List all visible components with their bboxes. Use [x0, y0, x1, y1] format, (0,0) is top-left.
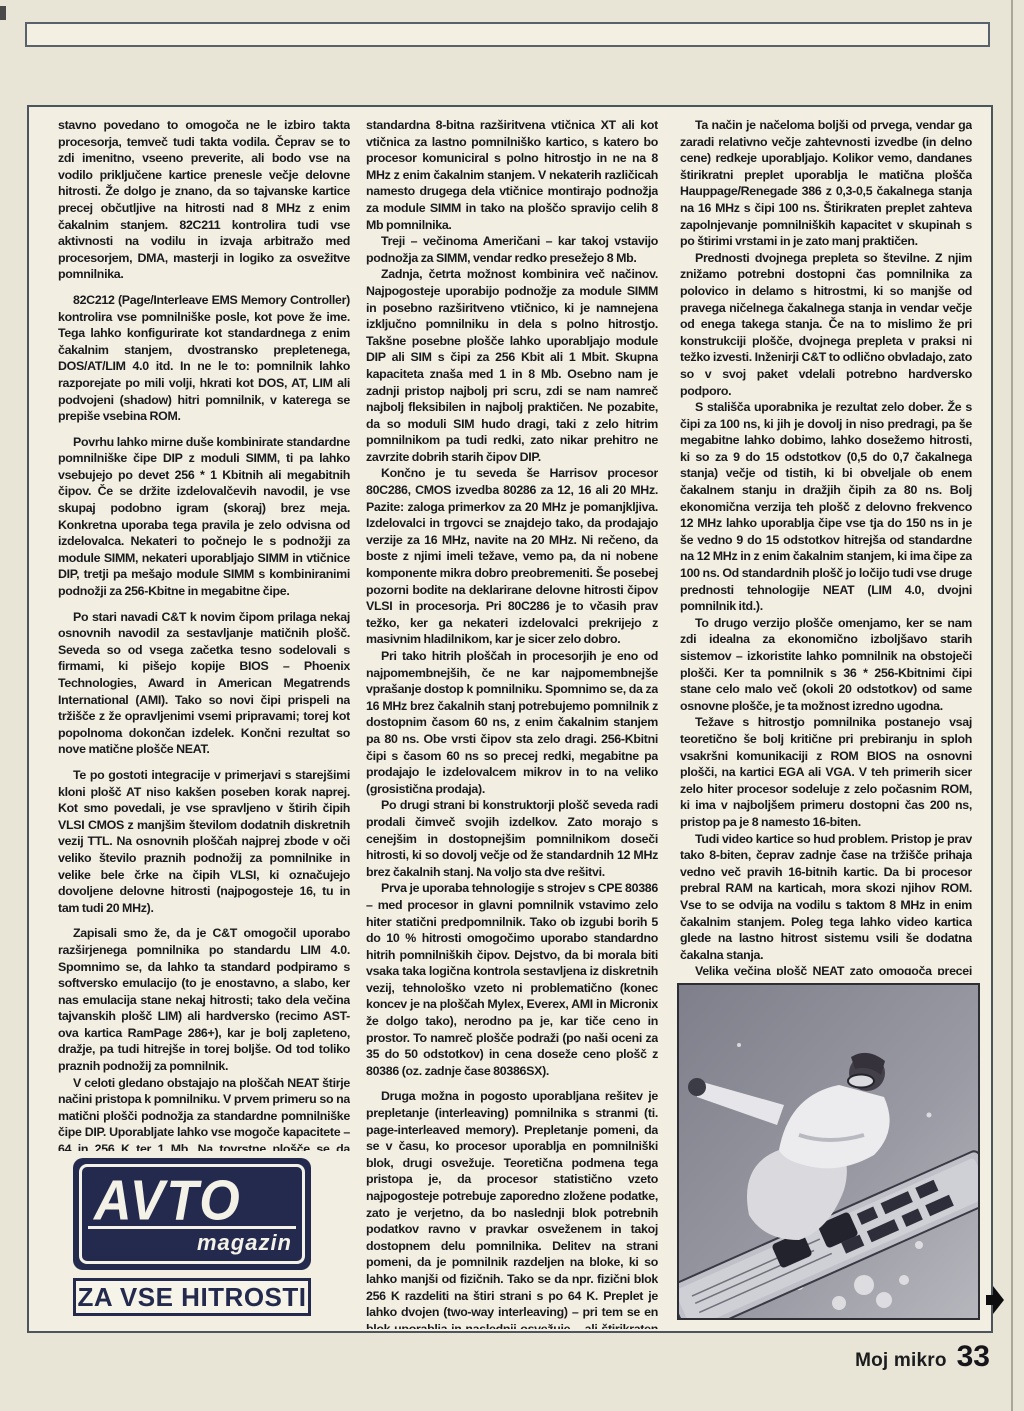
paragraph: Težave s hitrostjo pomnilnika postanejo … [680, 714, 972, 830]
paragraph: S stališča uporabnika je rezultat zelo d… [680, 399, 972, 615]
paragraph: Prva je uporaba tehnologije s strojev s … [366, 880, 658, 1079]
paragraph: Te po gostoti integracije v primerjavi s… [58, 767, 350, 916]
paragraph: Treji – večinoma Američani – kar takoj v… [366, 233, 658, 266]
paragraph: Povrhu lahko mirne duše kombinirate stan… [58, 434, 350, 600]
paragraph: 82C212 (Page/Interleave EMS Memory Contr… [58, 292, 350, 425]
paragraph: Tudi video kartice so hud problem. Prist… [680, 831, 972, 964]
page-footer: Moj mikro 33 [810, 1340, 990, 1374]
paragraph: stavno povedano to omogoča ne le izbiro … [58, 117, 350, 283]
logo-magazin-text: magazin [197, 1230, 292, 1255]
paragraph: Velika večina plošč NEAT zato omogoča pr… [680, 963, 972, 975]
photo-illustration [679, 985, 978, 1318]
avto-magazin-ad: AVTO magazin ZA VSE HITROSTI [73, 1158, 311, 1316]
paragraph: Zadnja, četrta možnost kombinira več nač… [366, 266, 658, 465]
logo-inner-outline: AVTO magazin [79, 1164, 305, 1264]
paragraph: To drugo verzijo plošče omenjamo, ker se… [680, 615, 972, 715]
paragraph: V celoti gledano obstajajo na ploščah NE… [58, 1075, 350, 1151]
paragraph: Pri tako hitrih ploščah in procesorjih j… [366, 648, 658, 797]
article-column-3: Ta način je načeloma boljši od prvega, v… [680, 117, 972, 975]
paragraph: Po stari navadi C&T k novim čipom prilag… [58, 609, 350, 758]
paragraph: Zapisali smo že, da je C&T omogočil upor… [58, 925, 350, 1074]
top-ruled-box [25, 22, 990, 47]
publication-name: Moj mikro [855, 1350, 947, 1372]
logo-brand-text: AVTO [94, 1173, 302, 1229]
page-edge-line [1011, 0, 1013, 1411]
paragraph: standardna 8-bitna razširitvena vtičnica… [366, 117, 658, 233]
continue-arrow-icon [986, 1286, 1004, 1314]
paragraph: Druga možna in pogosto uporabljana rešit… [366, 1088, 658, 1329]
page-number: 33 [957, 1340, 990, 1374]
article-column-2: standardna 8-bitna razširitvena vtičnica… [366, 117, 658, 1329]
logo-magazin-strip: magazin [88, 1226, 296, 1256]
avto-magazin-logo: AVTO magazin [73, 1158, 311, 1270]
paragraph: Po drugi strani bi konstruktorji plošč s… [366, 797, 658, 880]
ad-tagline: ZA VSE HITROSTI [73, 1278, 311, 1316]
photo-snowboarder [677, 983, 980, 1320]
paragraph: Ta način je načeloma boljši od prvega, v… [680, 117, 972, 250]
article-column-1: stavno povedano to omogoča ne le izbiro … [58, 117, 350, 1151]
paragraph: Končno je tu seveda še Harrisov procesor… [366, 465, 658, 648]
print-artifact-mark [0, 6, 6, 20]
paragraph: Prednosti dvojnega prepleta so številne.… [680, 250, 972, 399]
